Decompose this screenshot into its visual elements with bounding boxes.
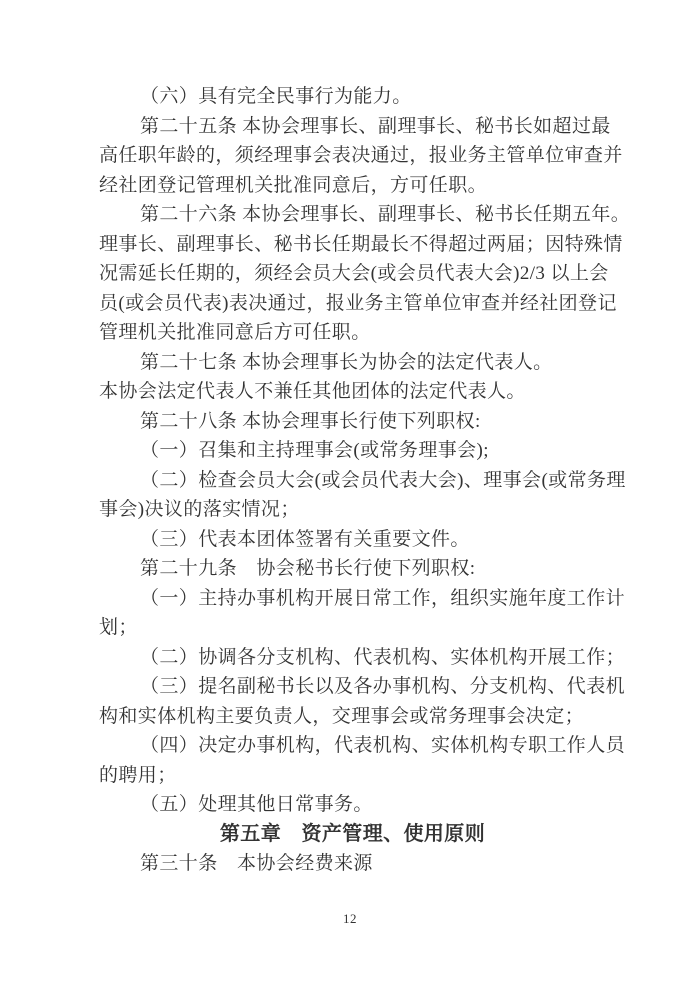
- document-line: 高任职年龄的，须经理事会表决通过，报业务主管单位审查并: [99, 141, 606, 171]
- chapter-heading: 第五章 资产管理、使用原则: [99, 820, 606, 850]
- document-page: （六）具有完全民事行为能力。第二十五条 本协会理事长、副理事长、秘书长如超过最高…: [0, 0, 700, 990]
- document-line: （三）代表本团体签署有关重要文件。: [99, 525, 606, 555]
- document-line: 第二十八条 本协会理事长行使下列职权:: [99, 407, 606, 437]
- document-line: （五）处理其他日常事务。: [99, 790, 606, 820]
- document-line: 第三十条 本协会经费来源: [99, 849, 606, 879]
- document-line: 划；: [99, 613, 606, 643]
- document-line: 事会)决议的落实情况；: [99, 495, 606, 525]
- page-number: 12: [0, 911, 700, 927]
- document-line: 经社团登记管理机关批准同意后，方可任职。: [99, 171, 606, 201]
- document-line: （一）召集和主持理事会(或常务理事会);: [99, 436, 606, 466]
- document-line: （三）提名副秘书长以及各办事机构、分支机构、代表机: [99, 672, 606, 702]
- document-line: （二）检查会员大会(或会员代表大会)、理事会(或常务理: [99, 466, 606, 496]
- document-line: 第二十五条 本协会理事长、副理事长、秘书长如超过最: [99, 112, 606, 142]
- document-line: （一）主持办事机构开展日常工作，组织实施年度工作计: [99, 584, 606, 614]
- document-line: 构和实体机构主要负责人，交理事会或常务理事会决定；: [99, 702, 606, 732]
- document-line: （二）协调各分支机构、代表机构、实体机构开展工作；: [99, 643, 606, 673]
- document-line: 况需延长任期的，须经会员大会(或会员代表大会)2/3 以上会: [99, 259, 606, 289]
- document-body: （六）具有完全民事行为能力。第二十五条 本协会理事长、副理事长、秘书长如超过最高…: [99, 82, 606, 879]
- document-line: 第二十九条 协会秘书长行使下列职权:: [99, 554, 606, 584]
- document-line: 员(或会员代表)表决通过，报业务主管单位审查并经社团登记: [99, 289, 606, 319]
- document-line: 管理机关批准同意后方可任职。: [99, 318, 606, 348]
- document-line: （六）具有完全民事行为能力。: [99, 82, 606, 112]
- document-line: 第二十六条 本协会理事长、副理事长、秘书长任期五年。: [99, 200, 606, 230]
- document-line: 的聘用；: [99, 761, 606, 791]
- document-line: 本协会法定代表人不兼任其他团体的法定代表人。: [99, 377, 606, 407]
- document-line: （四）决定办事机构，代表机构、实体机构专职工作人员: [99, 731, 606, 761]
- document-line: 理事长、副理事长、秘书长任期最长不得超过两届；因特殊情: [99, 230, 606, 260]
- document-line: 第二十七条 本协会理事长为协会的法定代表人。: [99, 348, 606, 378]
